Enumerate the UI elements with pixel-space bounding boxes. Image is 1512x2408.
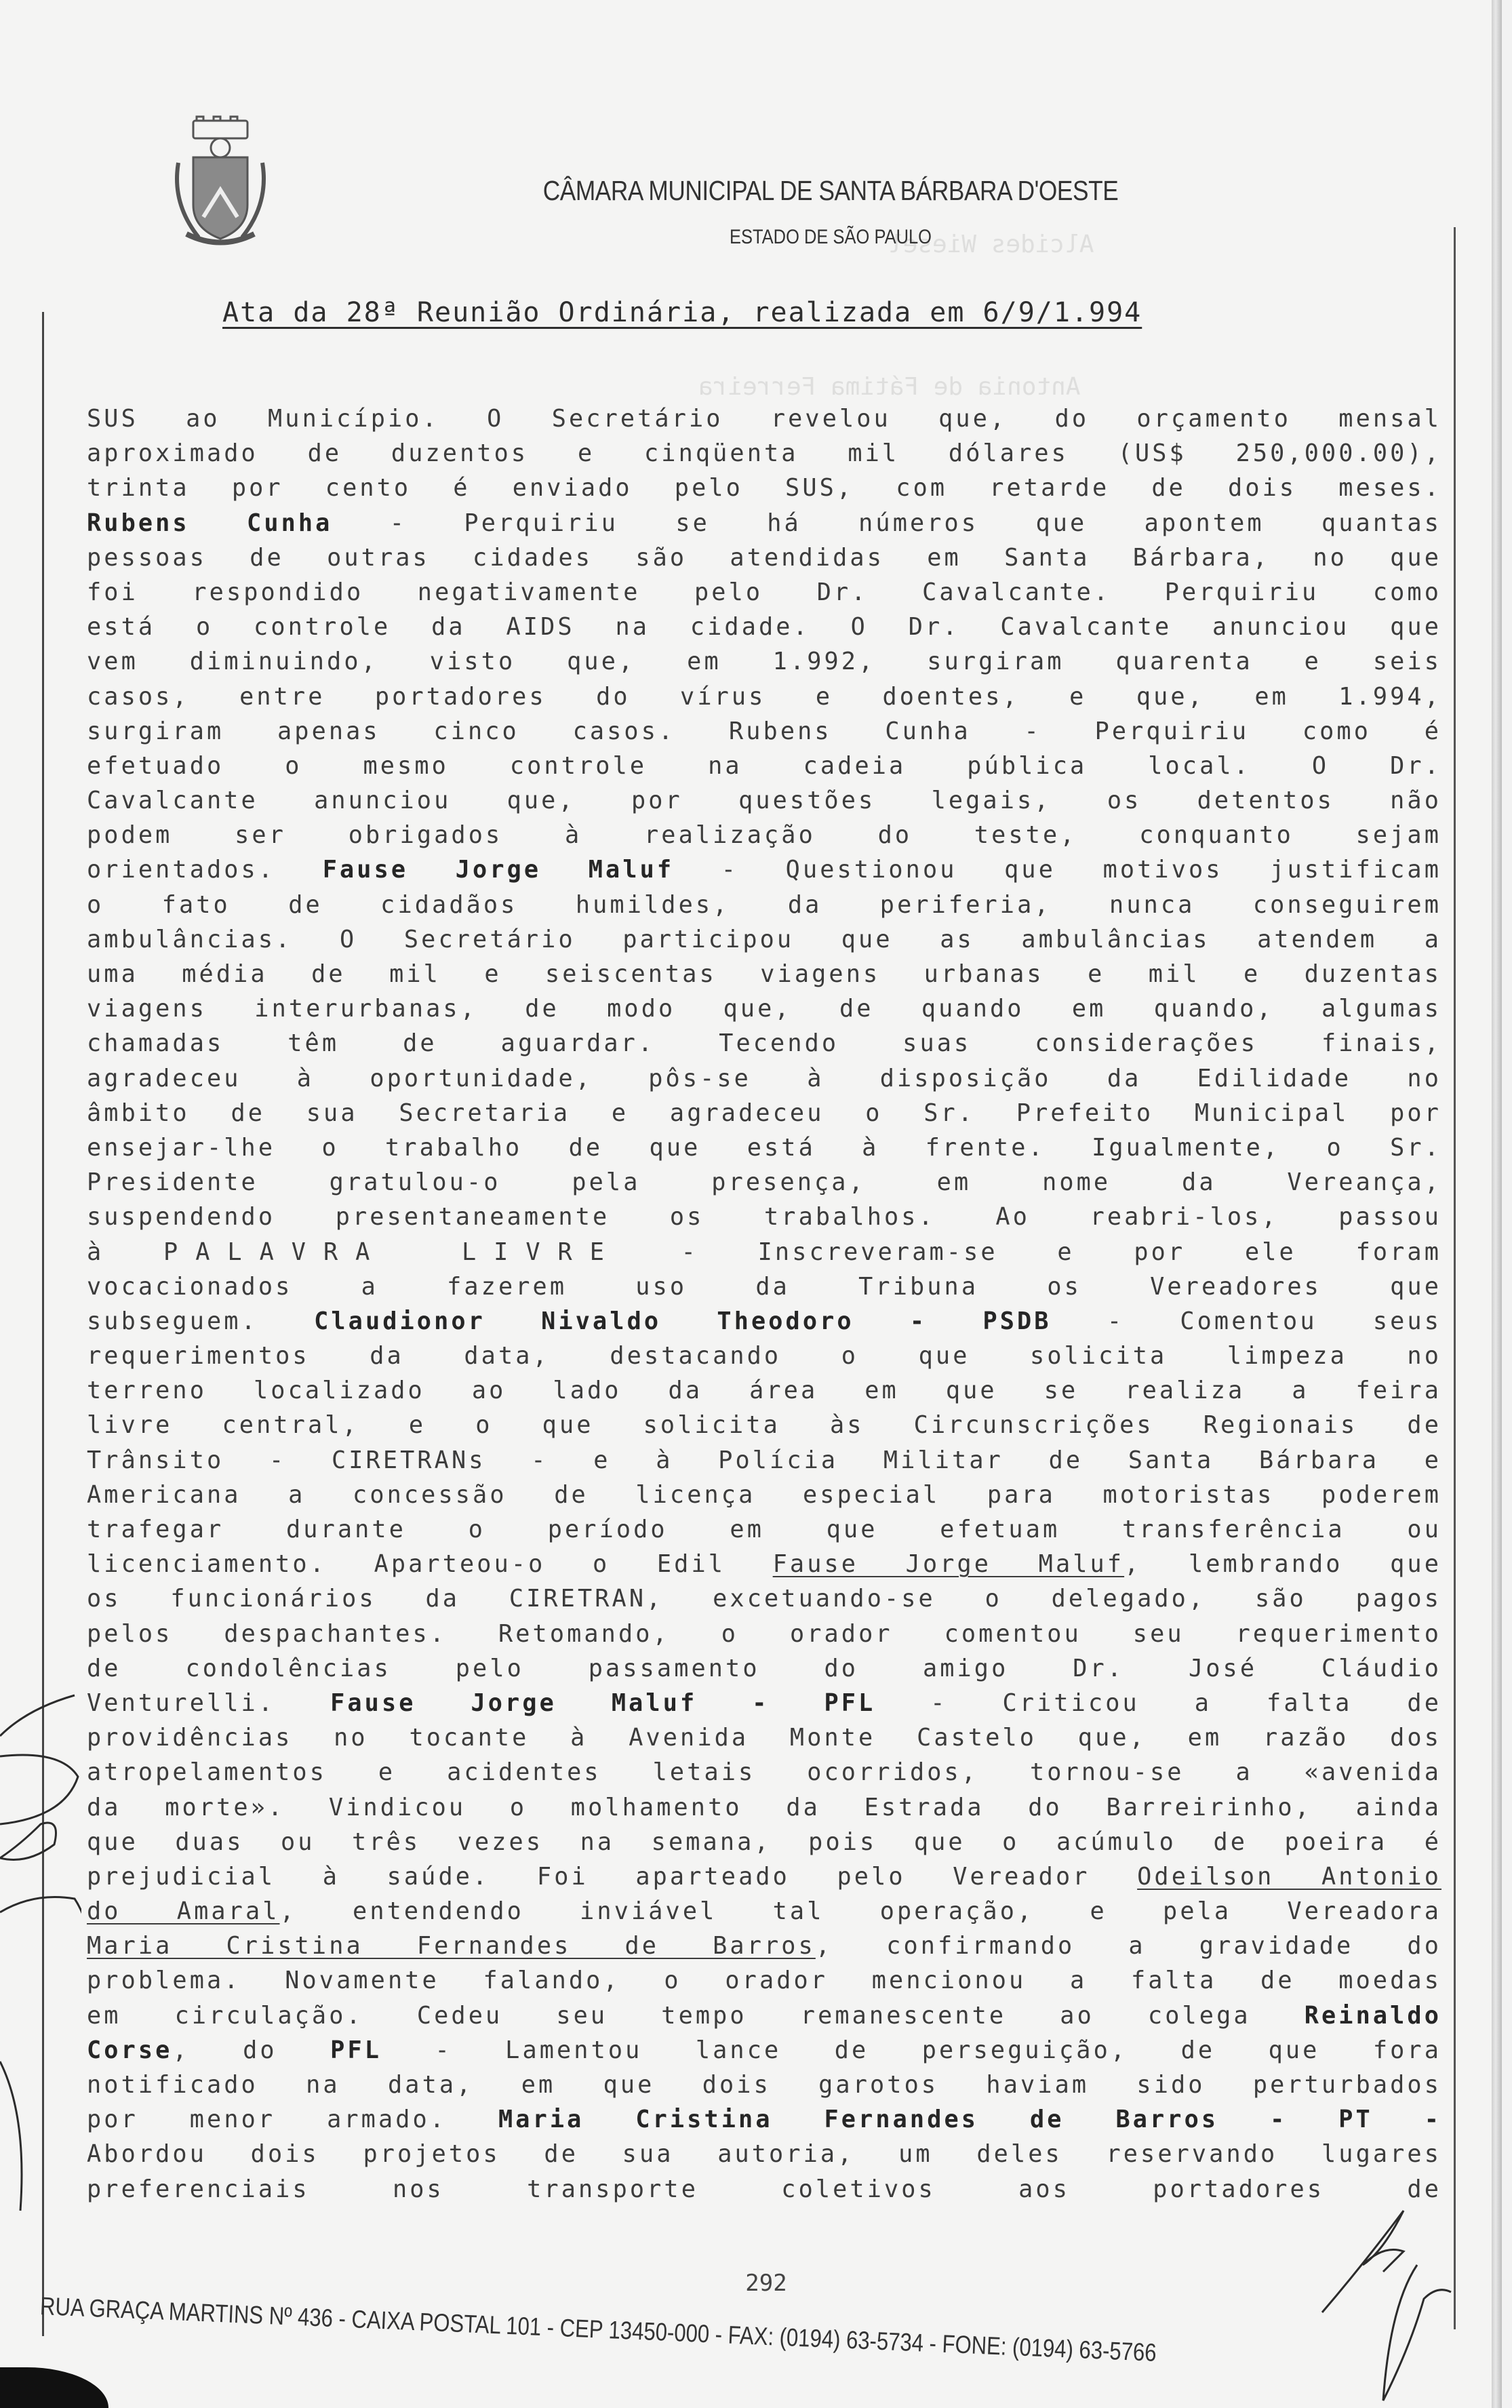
text-line: Corse, do PFL - Lamentou lance de perseg…	[87, 2033, 1441, 2068]
text-line: viagens interurbanas, de modo que, de qu…	[87, 991, 1441, 1026]
text-line: suspendendo presentaneamente os trabalho…	[87, 1200, 1441, 1234]
speaker-name: Fause Jorge Maluf - PFL	[330, 1689, 875, 1717]
text-segment: o fato de cidadãos humildes, da periferi…	[87, 891, 1441, 919]
text-segment: suspendendo presentaneamente os trabalho…	[87, 1203, 1441, 1231]
text-line: foi respondido negativamente pelo Dr. Ca…	[87, 575, 1441, 610]
text-line: efetuado o mesmo controle na cadeia públ…	[87, 749, 1441, 783]
text-line: surgiram apenas cinco casos. Rubens Cunh…	[87, 714, 1441, 749]
minutes-body-text: SUS ao Município. O Secretário revelou q…	[87, 401, 1441, 2207]
text-segment: licenciamento. Aparteou-o o Edil	[87, 1550, 773, 1578]
text-segment: casos, entre portadores do vírus e doent…	[87, 683, 1441, 711]
text-line: podem ser obrigados à realização do test…	[87, 818, 1441, 852]
text-segment: está o controle da AIDS na cidade. O Dr.…	[87, 613, 1441, 641]
text-segment: - Inscreveram-se e por ele foram	[622, 1238, 1441, 1266]
underlined-name: Odeilson Antonio	[1137, 1863, 1441, 1891]
text-line: ambulâncias. O Secretário participou que…	[87, 922, 1441, 957]
text-segment: viagens interurbanas, de modo que, de qu…	[87, 995, 1441, 1023]
text-line: notificado na data, em que dois garotos …	[87, 2068, 1441, 2102]
footer-address: RUA GRAÇA MARTINS Nº 436 - CAIXA POSTAL …	[39, 2292, 1270, 2372]
text-segment: em circulação. Cedeu seu tempo remanesce…	[87, 2002, 1305, 2030]
text-line: preferenciais nos transporte coletivos a…	[87, 2172, 1441, 2207]
text-segment: - Perquiriu se há números que apontem qu…	[332, 509, 1441, 537]
text-segment: Americana a concessão de licença especia…	[87, 1481, 1441, 1509]
text-segment: livre central, e o que solicita às Circu…	[87, 1411, 1441, 1439]
text-line: Venturelli. Fause Jorge Maluf - PFL - Cr…	[87, 1686, 1441, 1720]
text-line: trinta por cento é enviado pelo SUS, com…	[87, 471, 1441, 505]
text-segment: requerimentos da data, destacando o que …	[87, 1342, 1441, 1370]
text-segment: de condolências pelo passamento do amigo…	[87, 1655, 1441, 1682]
text-segment: aproximado de duzentos e cinqüenta mil d…	[87, 439, 1441, 467]
text-segment: chamadas têm de aguardar. Tecendo suas c…	[87, 1029, 1441, 1057]
text-segment: por menor armado.	[87, 2106, 498, 2133]
text-segment: - Comentou seus	[1052, 1307, 1441, 1335]
text-line: trafegar durante o período em que efetua…	[87, 1512, 1441, 1547]
text-line: chamadas têm de aguardar. Tecendo suas c…	[87, 1026, 1441, 1061]
text-line: subseguem. Claudionor Nivaldo Theodoro -…	[87, 1304, 1441, 1339]
text-line: prejudicial à saúde. Foi aparteado pelo …	[87, 1859, 1441, 1894]
state-name: ESTADO DE SÃO PAULO	[643, 226, 1018, 249]
section-heading: PALAVRA LIVRE	[163, 1238, 622, 1266]
text-segment: , lembrando que	[1124, 1550, 1441, 1578]
text-segment: prejudicial à saúde. Foi aparteado pelo …	[87, 1863, 1137, 1891]
speaker-name: Corse	[87, 2036, 172, 2064]
text-segment: Presidente gratulou-o pela presença, em …	[87, 1168, 1441, 1196]
text-line: Americana a concessão de licença especia…	[87, 1478, 1441, 1512]
text-line: Maria Cristina Fernandes de Barros, conf…	[87, 1929, 1441, 1963]
text-line: livre central, e o que solicita às Circu…	[87, 1408, 1441, 1442]
right-frame-line	[1454, 227, 1456, 2329]
text-line: vocacionados a fazerem uso da Tribuna os…	[87, 1269, 1441, 1304]
initials-signature-icon	[1309, 2184, 1478, 2408]
speaker-name: Maria Cristina Fernandes de Barros - PT …	[498, 2106, 1441, 2133]
text-segment: Abordou dois projetos de sua autoria, um…	[87, 2140, 1441, 2168]
text-segment: - Questionou que motivos justificam	[674, 856, 1441, 884]
left-frame-line	[42, 312, 44, 2336]
text-line: uma média de mil e seiscentas viagens ur…	[87, 957, 1441, 991]
text-segment: subseguem.	[87, 1307, 314, 1335]
text-segment: surgiram apenas cinco casos. Rubens Cunh…	[87, 717, 1441, 745]
text-line: aproximado de duzentos e cinqüenta mil d…	[87, 436, 1441, 471]
text-line: do Amaral, entendendo inviável tal opera…	[87, 1894, 1441, 1929]
text-segment: podem ser obrigados à realização do test…	[87, 821, 1441, 849]
text-line: por menor armado. Maria Cristina Fernand…	[87, 2102, 1441, 2137]
text-line: SUS ao Município. O Secretário revelou q…	[87, 401, 1441, 436]
text-segment: pessoas de outras cidades são atendidas …	[87, 544, 1441, 572]
organization-name: CÂMARA MUNICIPAL DE SANTA BÁRBARA D'OEST…	[525, 175, 1137, 207]
text-segment: Cavalcante anunciou que, por questões le…	[87, 787, 1441, 814]
text-segment: à	[87, 1238, 163, 1266]
text-line: em circulação. Cedeu seu tempo remanesce…	[87, 1998, 1441, 2033]
text-segment: orientados.	[87, 856, 323, 884]
text-line: que duas ou três vezes na semana, pois q…	[87, 1825, 1441, 1859]
speaker-name: Reinaldo	[1305, 2002, 1441, 2030]
text-line: o fato de cidadãos humildes, da periferi…	[87, 888, 1441, 922]
text-line: licenciamento. Aparteou-o o Edil Fause J…	[87, 1547, 1441, 1581]
text-line: os funcionários da CIRETRAN, excetuando-…	[87, 1581, 1441, 1616]
text-line: pelos despachantes. Retomando, o orador …	[87, 1617, 1441, 1651]
underlined-name: Maria Cristina Fernandes de Barros	[87, 1932, 816, 1960]
text-line: Trânsito - CIRETRANs - e à Polícia Milit…	[87, 1443, 1441, 1478]
text-segment: ensejar-lhe o trabalho de que está à fre…	[87, 1134, 1441, 1162]
text-segment: atropelamentos e acidentes letais ocorri…	[87, 1758, 1441, 1786]
text-line: orientados. Fause Jorge Maluf - Question…	[87, 852, 1441, 887]
page-number: 292	[736, 2270, 797, 2297]
text-segment: terreno localizado ao lado da área em qu…	[87, 1377, 1441, 1404]
underlined-name: do Amaral	[87, 1897, 280, 1925]
text-segment: uma média de mil e seiscentas viagens ur…	[87, 960, 1441, 988]
text-segment: preferenciais nos transporte coletivos a…	[87, 2175, 1441, 2203]
text-line: problema. Novamente falando, o orador me…	[87, 1963, 1441, 1998]
text-line: Presidente gratulou-o pela presença, em …	[87, 1165, 1441, 1200]
text-segment: âmbito de sua Secretaria e agradeceu o S…	[87, 1099, 1441, 1127]
scan-shadow	[0, 2367, 108, 2408]
municipal-coat-of-arms-icon	[166, 115, 275, 251]
bleed-through-text-2: Antonia de Fátima Ferreira	[698, 373, 1081, 401]
text-segment: trinta por cento é enviado pelo SUS, com…	[87, 474, 1441, 502]
text-segment: Venturelli.	[87, 1689, 330, 1717]
text-line: vem diminuindo, visto que, em 1.992, sur…	[87, 644, 1441, 679]
text-line: agradeceu à oportunidade, pôs-se à dispo…	[87, 1061, 1441, 1096]
text-line: atropelamentos e acidentes letais ocorri…	[87, 1755, 1441, 1790]
text-segment: , confirmando a gravidade do	[816, 1932, 1441, 1960]
text-line: Rubens Cunha - Perquiriu se há números q…	[87, 506, 1441, 540]
text-line: pessoas de outras cidades são atendidas …	[87, 540, 1441, 575]
speaker-name: Claudionor Nivaldo Theodoro - PSDB	[314, 1307, 1051, 1335]
text-segment: , entendendo inviável tal operação, e pe…	[280, 1897, 1441, 1925]
text-segment: foi respondido negativamente pelo Dr. Ca…	[87, 578, 1441, 606]
text-line: está o controle da AIDS na cidade. O Dr.…	[87, 610, 1441, 644]
document-page: Alcides Wiesel Antonia de Fátima Ferreir…	[0, 0, 1502, 2408]
speaker-name: PFL	[330, 2036, 382, 2064]
text-line: terreno localizado ao lado da área em qu…	[87, 1373, 1441, 1408]
text-line: ensejar-lhe o trabalho de que está à fre…	[87, 1130, 1441, 1165]
text-line: providências no tocante à Avenida Monte …	[87, 1720, 1441, 1755]
text-line: Cavalcante anunciou que, por questões le…	[87, 783, 1441, 818]
text-segment: notificado na data, em que dois garotos …	[87, 2071, 1441, 2099]
text-line: da morte». Vindicou o molhamento da Estr…	[87, 1790, 1441, 1825]
text-segment: ambulâncias. O Secretário participou que…	[87, 926, 1441, 953]
text-segment: SUS ao Município. O Secretário revelou q…	[87, 405, 1441, 433]
text-line: Abordou dois projetos de sua autoria, um…	[87, 2137, 1441, 2171]
document-title: Ata da 28ª Reunião Ordinária, realizada …	[222, 297, 1287, 328]
speaker-name: Fause Jorge Maluf	[323, 856, 674, 884]
text-segment: os funcionários da CIRETRAN, excetuando-…	[87, 1585, 1441, 1613]
underlined-name: Fause Jorge Maluf	[773, 1550, 1124, 1578]
text-segment: , do	[172, 2036, 330, 2064]
text-segment: providências no tocante à Avenida Monte …	[87, 1724, 1441, 1752]
text-segment: vocacionados a fazerem uso da Tribuna os…	[87, 1273, 1441, 1301]
text-segment: - Criticou a falta de	[875, 1689, 1441, 1717]
text-line: âmbito de sua Secretaria e agradeceu o S…	[87, 1096, 1441, 1130]
text-line: casos, entre portadores do vírus e doent…	[87, 679, 1441, 714]
text-segment: pelos despachantes. Retomando, o orador …	[87, 1620, 1441, 1648]
text-segment: - Lamentou lance de perseguição, de que …	[382, 2036, 1441, 2064]
text-segment: problema. Novamente falando, o orador me…	[87, 1967, 1441, 1994]
text-segment: agradeceu à oportunidade, pôs-se à dispo…	[87, 1065, 1441, 1092]
text-segment: que duas ou três vezes na semana, pois q…	[87, 1828, 1441, 1856]
text-segment: da morte». Vindicou o molhamento da Estr…	[87, 1794, 1441, 1821]
speaker-name: Rubens Cunha	[87, 509, 332, 537]
text-line: de condolências pelo passamento do amigo…	[87, 1651, 1441, 1686]
page-edge	[1492, 0, 1502, 2408]
margin-signature-icon	[0, 1682, 81, 2292]
text-segment: trafegar durante o período em que efetua…	[87, 1516, 1441, 1543]
text-segment: efetuado o mesmo controle na cadeia públ…	[87, 752, 1441, 780]
text-segment: Trânsito - CIRETRANs - e à Polícia Milit…	[87, 1446, 1441, 1474]
text-line: à PALAVRA LIVRE - Inscreveram-se e por e…	[87, 1235, 1441, 1269]
text-segment: vem diminuindo, visto que, em 1.992, sur…	[87, 648, 1441, 675]
text-line: requerimentos da data, destacando o que …	[87, 1339, 1441, 1373]
